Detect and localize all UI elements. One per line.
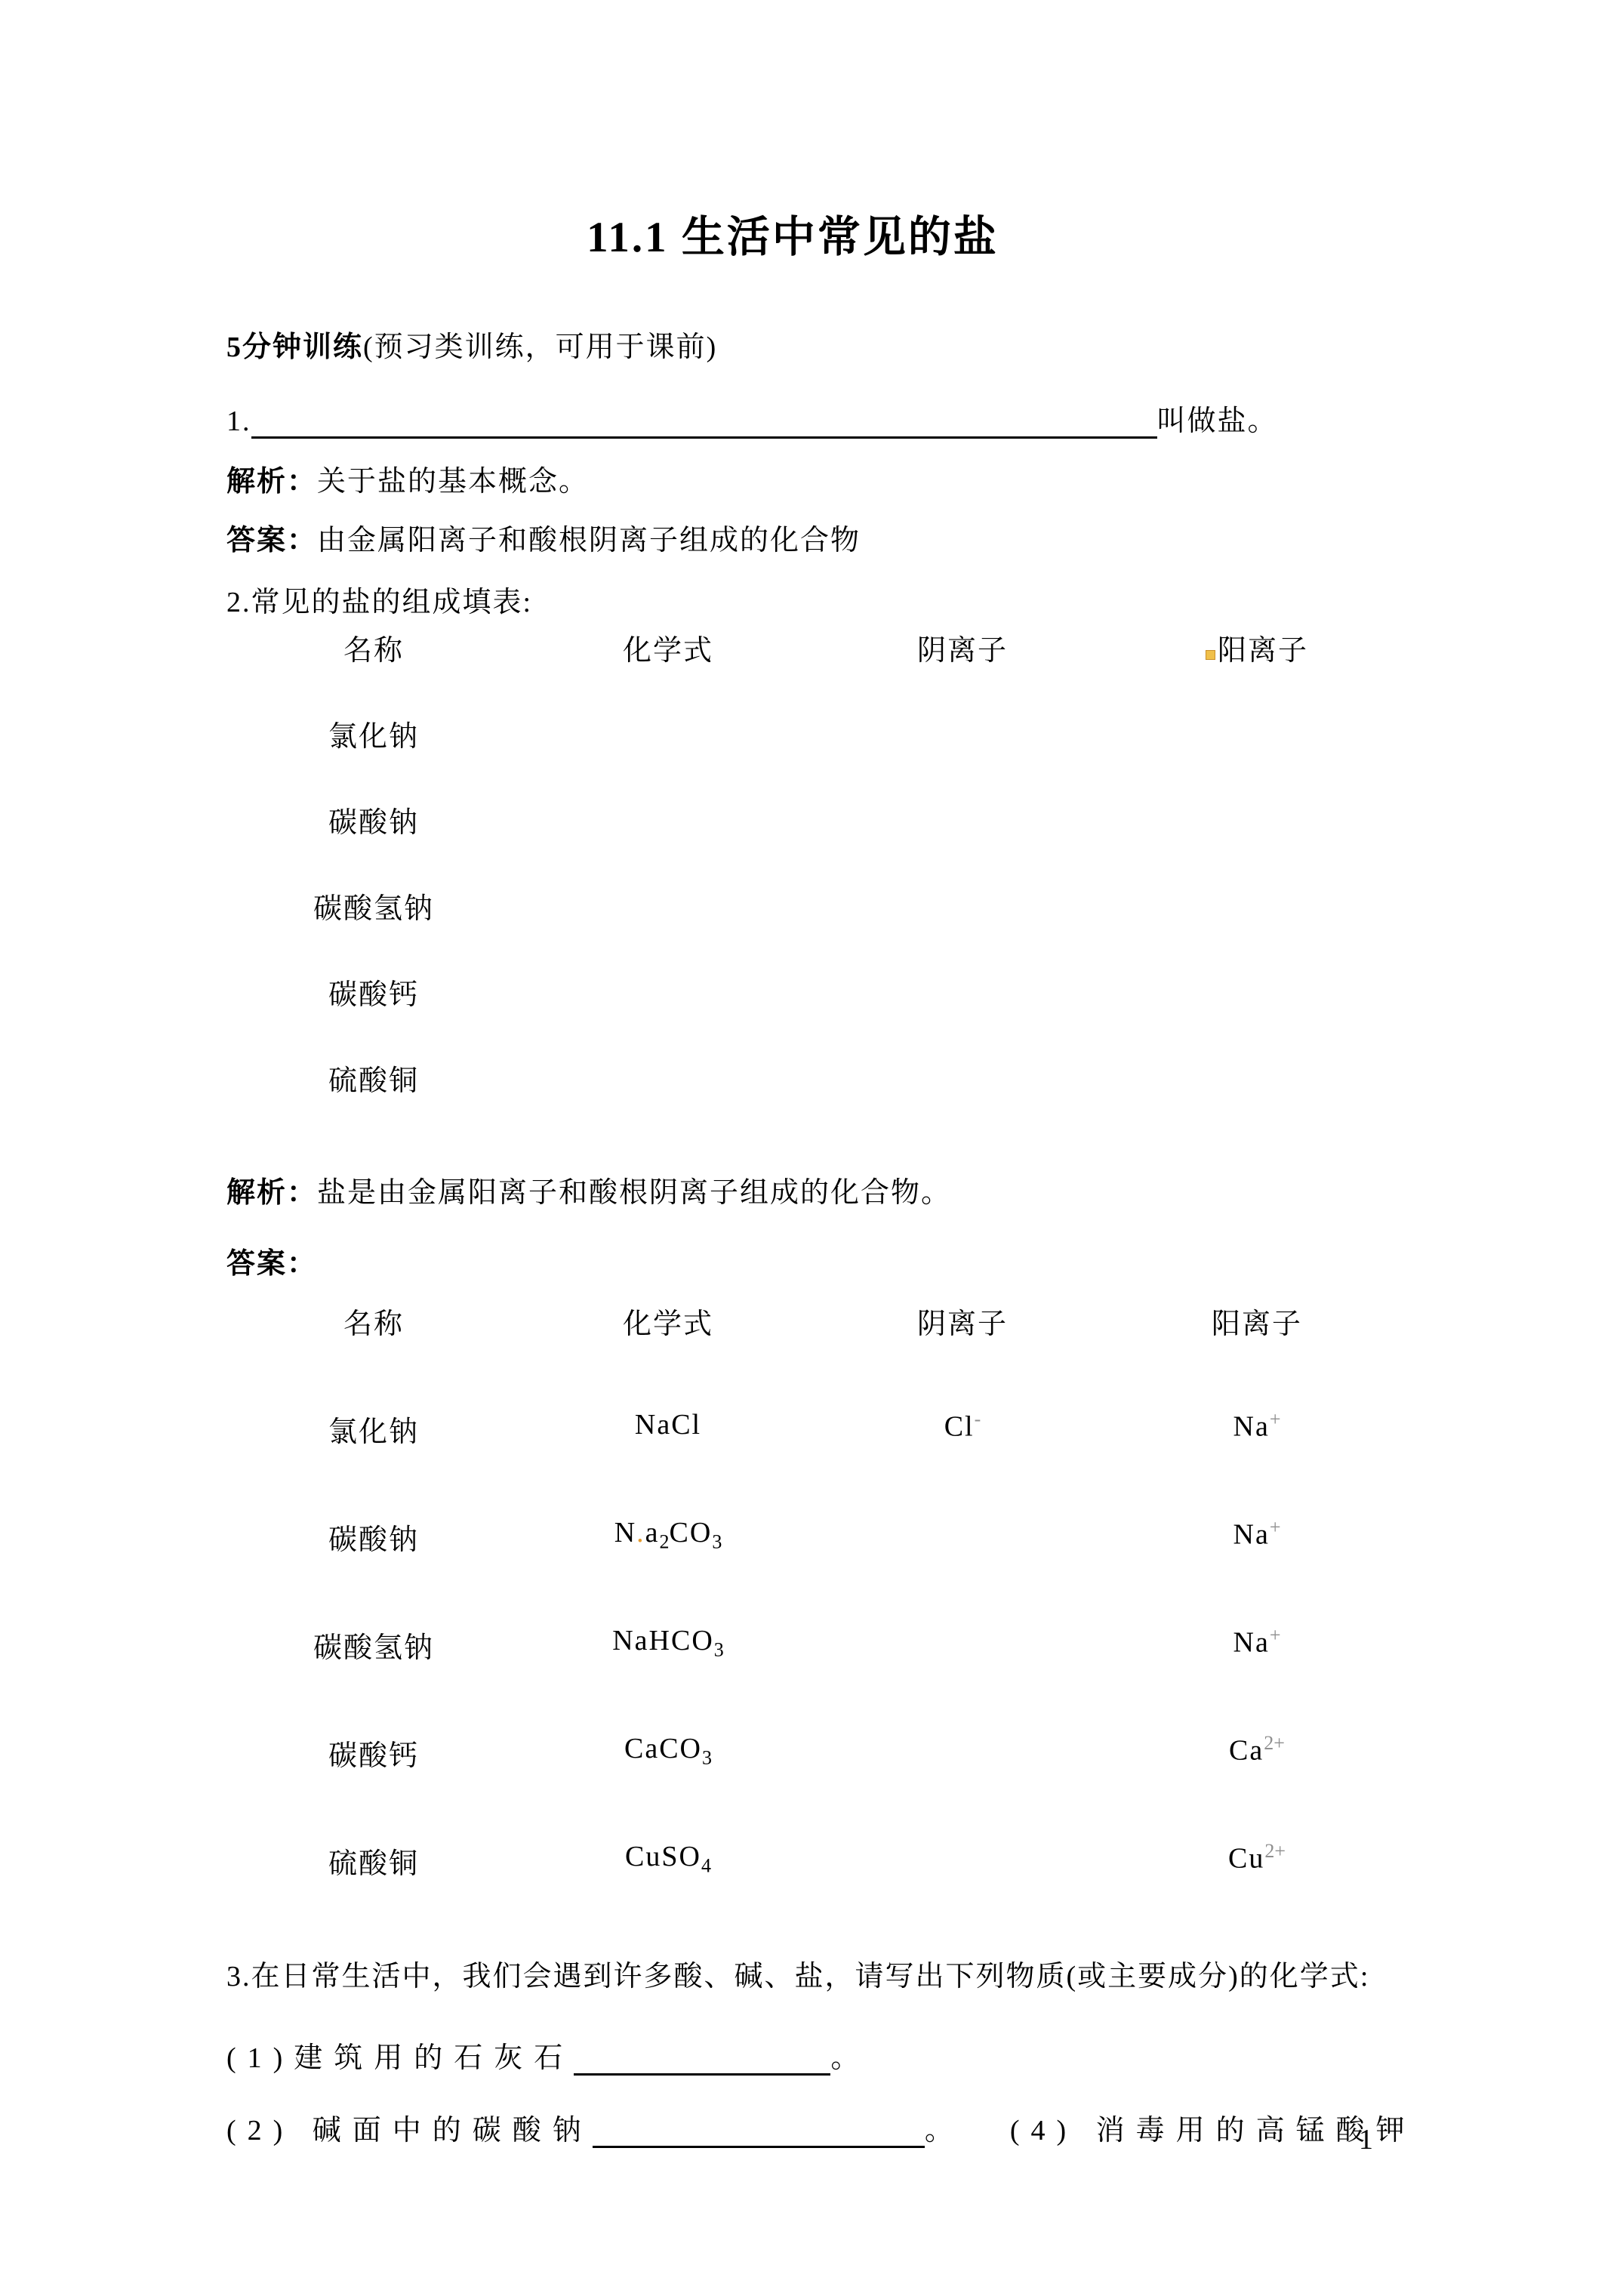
- header-cell: 名称: [226, 1293, 521, 1395]
- analysis-1-text: 关于盐的基本概念。: [317, 466, 589, 498]
- cell-cation-empty: [1110, 791, 1404, 877]
- cell-salt-name: 碳酸氢钠: [226, 1616, 521, 1724]
- cell-anion: [815, 1724, 1110, 1832]
- cell-formula-empty: [521, 1049, 815, 1136]
- page-number: 1: [1359, 2123, 1373, 2156]
- subscript: 3: [712, 1531, 722, 1553]
- analysis-2: 解析：盐是由金属阳离子和酸根阴离子组成的化合物。: [226, 1169, 951, 1210]
- cell-anion: [815, 1832, 1110, 1940]
- cell-cation-empty: [1110, 1049, 1404, 1136]
- subscript: 3: [714, 1639, 724, 1661]
- cell-formula: NaHCO3: [521, 1616, 815, 1724]
- question-1: 1.叫做盐。: [226, 397, 1278, 439]
- header-cell: 化学式: [521, 619, 815, 705]
- analysis-1-label: 解析：: [226, 466, 317, 498]
- q3-item-1-suffix: 。: [830, 2042, 870, 2074]
- analysis-2-text: 盐是由金属阳离子和酸根阴离子组成的化合物。: [317, 1177, 951, 1209]
- header-cell: 阳离子: [1110, 1293, 1404, 1395]
- cell-anion: Cl-: [815, 1401, 1110, 1509]
- answer-blank-q3-2: [593, 2114, 925, 2148]
- header-cell: 阳离子: [1110, 619, 1404, 705]
- formula-text: Na: [1233, 1411, 1270, 1443]
- cell-formula-empty: [521, 705, 815, 791]
- cell-anion-empty: [815, 963, 1110, 1049]
- question-1-number: 1.: [226, 405, 251, 437]
- artifact-dot: .: [636, 1517, 645, 1549]
- cell-salt-name: 氯化钠: [226, 1401, 521, 1509]
- superscript: 2+: [1264, 1840, 1286, 1862]
- superscript: +: [1270, 1408, 1281, 1430]
- cell-formula: N.a2CO3: [521, 1509, 815, 1616]
- document-page: 11.1 生活中常见的盐 5分钟训练(预习类训练，可用于课前) 1.叫做盐。 解…: [0, 0, 1623, 2296]
- answer-2-label: 答案：: [226, 1248, 317, 1280]
- formula-text: CO: [670, 1517, 713, 1549]
- question-3-item-2: (2) 碱面中的碳酸钠。(4) 消毒用的高锰酸钾: [226, 2106, 1416, 2148]
- cell-cation: Na+: [1110, 1509, 1404, 1616]
- cell-salt-name: 碳酸氢钠: [226, 877, 521, 963]
- header-cell: 阴离子: [815, 1293, 1110, 1395]
- cell-salt-name: 碳酸钠: [226, 1509, 521, 1616]
- answer-blank-q1: [251, 405, 1157, 439]
- analysis-1: 解析：关于盐的基本概念。: [226, 458, 589, 499]
- cell-salt-name: 硫酸铜: [226, 1832, 521, 1940]
- cell-salt-name: 碳酸钙: [226, 1724, 521, 1832]
- cell-anion-empty: [815, 1049, 1110, 1136]
- formula-text: NaHCO: [612, 1625, 714, 1657]
- cell-salt-name: 氯化钠: [226, 705, 521, 791]
- answer-salt-table: 名称化学式阴离子阳离子氯化钠NaClCl-Na+碳酸钠N.a2CO3Na+碳酸氢…: [226, 1293, 1404, 1940]
- cell-salt-name: 硫酸铜: [226, 1049, 521, 1136]
- question-1-suffix: 叫做盐。: [1157, 405, 1278, 437]
- answer-1-label: 答案：: [226, 525, 317, 556]
- superscript: +: [1270, 1516, 1281, 1538]
- superscript: -: [975, 1408, 981, 1430]
- section-heading-bold: 5分钟训练: [226, 331, 363, 363]
- cell-anion-empty: [815, 791, 1110, 877]
- section-heading-rest: (预习类训练，可用于课前): [363, 331, 717, 363]
- answer-blank-q3-1: [574, 2042, 830, 2076]
- formula-text: CaCO: [624, 1733, 702, 1764]
- formula-text: CuSO: [625, 1841, 701, 1872]
- formula-text: Ca: [1229, 1735, 1264, 1767]
- header-cell: 阴离子: [815, 619, 1110, 705]
- header-cell: 名称: [226, 619, 521, 705]
- cell-cation: Ca2+: [1110, 1724, 1404, 1832]
- comment-mark-icon: [1206, 650, 1215, 660]
- blank-salt-table: 名称化学式阴离子阳离子氯化钠碳酸钠碳酸氢钠碳酸钙硫酸铜: [226, 619, 1404, 1136]
- cell-formula: CaCO3: [521, 1724, 815, 1832]
- question-3-item-1: (1)建筑用的石灰石。: [226, 2034, 870, 2076]
- cell-cation-empty: [1110, 705, 1404, 791]
- subscript: 4: [701, 1855, 711, 1877]
- cell-anion-empty: [815, 705, 1110, 791]
- subscript: 2: [660, 1531, 670, 1553]
- cell-formula-empty: [521, 791, 815, 877]
- q3-item-1-prefix: (1)建筑用的石灰石: [226, 2042, 574, 2074]
- formula-text: Cl: [944, 1411, 975, 1443]
- formula-text: Na: [1233, 1519, 1270, 1551]
- question-2: 2.常见的盐的组成填表:: [226, 578, 532, 620]
- cell-anion: [815, 1509, 1110, 1616]
- subscript: 3: [702, 1747, 712, 1769]
- cell-anion-empty: [815, 877, 1110, 963]
- formula-text: Na: [1233, 1627, 1270, 1659]
- analysis-2-label: 解析：: [226, 1177, 317, 1209]
- formula-text: Cu: [1228, 1843, 1264, 1875]
- formula-text: N: [614, 1517, 636, 1549]
- formula-text: a: [645, 1517, 660, 1549]
- q3-item-4-text: (4) 消毒用的高锰酸钾: [1010, 2115, 1416, 2147]
- page-title: 11.1 生活中常见的盐: [0, 202, 1585, 264]
- superscript: 2+: [1264, 1732, 1285, 1754]
- answer-2: 答案：: [226, 1240, 317, 1281]
- cell-anion: [815, 1616, 1110, 1724]
- cell-cation-empty: [1110, 877, 1404, 963]
- formula-text: NaCl: [635, 1409, 701, 1441]
- header-cell: 化学式: [521, 1293, 815, 1395]
- cell-salt-name: 碳酸钙: [226, 963, 521, 1049]
- cell-cation-empty: [1110, 963, 1404, 1049]
- q3-item-2-prefix: (2) 碱面中的碳酸钠: [226, 2115, 593, 2147]
- section-heading: 5分钟训练(预习类训练，可用于课前): [226, 323, 717, 365]
- cell-formula-empty: [521, 963, 815, 1049]
- cell-formula-empty: [521, 877, 815, 963]
- answer-1-text: 由金属阳离子和酸根阴离子组成的化合物: [317, 525, 861, 556]
- cell-cation: Cu2+: [1110, 1832, 1404, 1940]
- cell-cation: Na+: [1110, 1401, 1404, 1509]
- superscript: +: [1270, 1624, 1281, 1646]
- cell-formula: CuSO4: [521, 1832, 815, 1940]
- q3-item-2-suffix: 。: [925, 2115, 965, 2147]
- cell-formula: NaCl: [521, 1401, 815, 1509]
- cell-cation: Na+: [1110, 1616, 1404, 1724]
- answer-1: 答案：由金属阳离子和酸根阴离子组成的化合物: [226, 516, 861, 558]
- question-3: 3.在日常生活中，我们会遇到许多酸、碱、盐，请写出下列物质(或主要成分)的化学式…: [226, 1952, 1369, 1994]
- cell-salt-name: 碳酸钠: [226, 791, 521, 877]
